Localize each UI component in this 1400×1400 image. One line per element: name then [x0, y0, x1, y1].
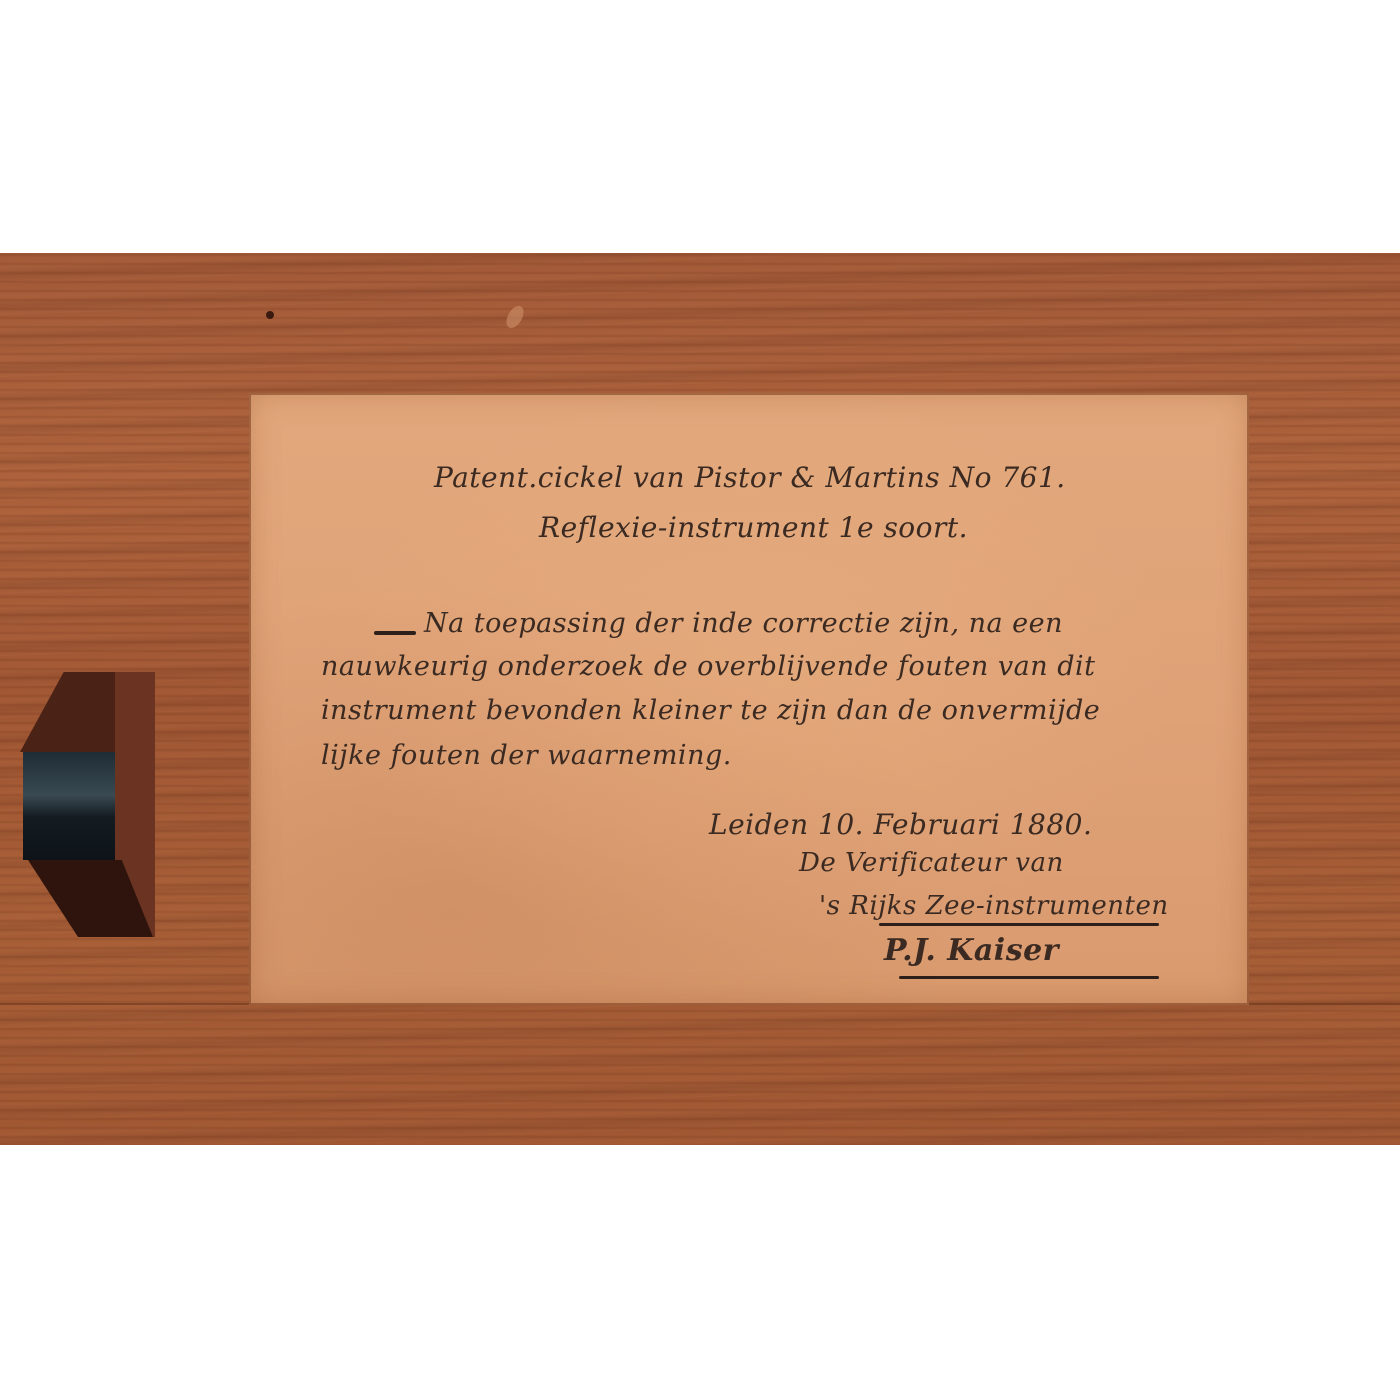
body-line-1: Na toepassing der inde correctie zijn, n… [424, 608, 1063, 639]
brass-hinge-block [20, 672, 155, 937]
signature: P.J. Kaiser [884, 933, 1059, 968]
body-line-3: instrument bevonden kleiner te zijn dan … [321, 695, 1100, 726]
signatory-title-2: 's Rijks Zee-instrumenten [819, 891, 1169, 921]
body-line-4: lijke fouten der waarneming. [321, 740, 732, 771]
signature-rule-top [879, 923, 1159, 926]
opening-flourish [374, 631, 416, 635]
certificate-heading-1: Patent.cickel van Pistor & Martins No 76… [434, 461, 1066, 494]
wood-smudge [503, 303, 527, 331]
signatory-title-1: De Verificateur van [799, 848, 1064, 878]
place-date: Leiden 10. Februari 1880. [709, 808, 1092, 841]
certificate-heading-2: Reflexie-instrument 1e soort. [539, 511, 968, 544]
signature-rule-bottom [899, 976, 1159, 979]
wood-knot [266, 311, 274, 319]
certificate-label: Patent.cickel van Pistor & Martins No 76… [249, 393, 1249, 1005]
body-line-2: nauwkeurig onderzoek de overblijvende fo… [321, 651, 1096, 682]
block-front-face [23, 752, 115, 860]
